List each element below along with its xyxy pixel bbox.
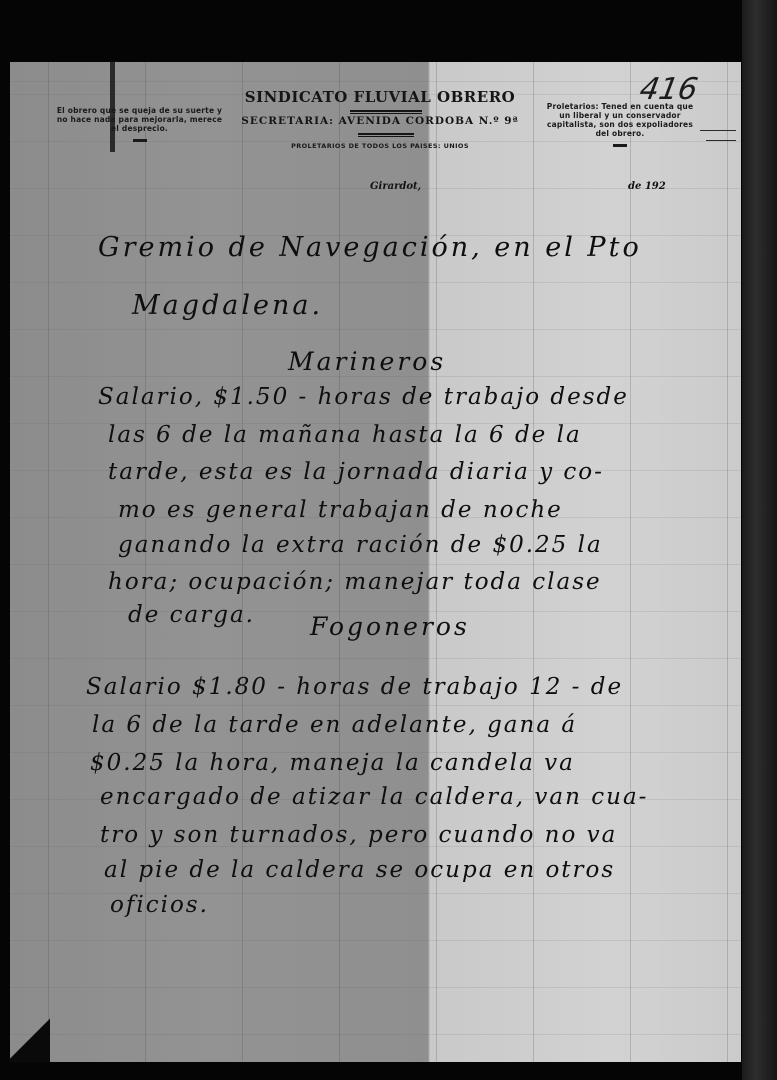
title-rule-thin bbox=[350, 113, 422, 114]
section-heading-fogoneros: Fogoneros bbox=[310, 612, 741, 641]
letterhead-right-note: Proletarios: Tened en cuenta que un libe… bbox=[540, 102, 700, 147]
fogoneros-line: Salario $1.80 - horas de trabajo 12 - de bbox=[86, 674, 741, 700]
address-rule bbox=[358, 133, 414, 135]
address-rule-thin bbox=[358, 136, 414, 137]
divider-dash bbox=[613, 144, 627, 147]
section-heading-marineros: Marineros bbox=[288, 347, 741, 376]
fogoneros-line: tro y son turnados, pero cuando no va bbox=[100, 822, 741, 848]
marineros-line: las 6 de la mañana hasta la 6 de la bbox=[108, 422, 741, 448]
left-note-text: El obrero que se queja de su suerte y no… bbox=[57, 106, 222, 133]
margin-mark bbox=[706, 140, 736, 141]
letterhead-left-note: El obrero que se queja de su suerte y no… bbox=[52, 106, 227, 142]
marineros-line: ganando la extra ración de $0.25 la bbox=[118, 532, 741, 558]
fogoneros-line: oficios. bbox=[110, 892, 741, 918]
organization-motto: PROLETARIOS DE TODOS LOS PAISES: UNIOS bbox=[230, 142, 530, 150]
document-page: El obrero que se queja de su suerte y no… bbox=[10, 62, 741, 1062]
fogoneros-line: al pie de la caldera se ocupa en otros bbox=[104, 857, 741, 883]
title-rule bbox=[350, 110, 422, 112]
fogoneros-line: la 6 de la tarde en adelante, gana á bbox=[92, 712, 741, 738]
marineros-line: Salario, $1.50 - horas de trabajo desde bbox=[98, 384, 741, 410]
organization-name: SINDICATO FLUVIAL OBRERO bbox=[220, 88, 540, 106]
marineros-line: mo es general trabajan de noche bbox=[118, 497, 741, 523]
divider-dash bbox=[133, 139, 147, 142]
scan-frame-edge bbox=[742, 0, 777, 1080]
place-label: Girardot, bbox=[370, 181, 421, 192]
folio-number: 416 bbox=[637, 72, 700, 107]
handwritten-title-line-2: Magdalena. bbox=[132, 290, 741, 321]
right-note-text: Proletarios: Tened en cuenta que un libe… bbox=[547, 102, 693, 138]
fogoneros-line: encargado de atizar la caldera, van cua- bbox=[100, 784, 741, 810]
date-label: de 192 bbox=[628, 181, 666, 192]
margin-mark bbox=[700, 130, 736, 131]
fogoneros-line: $0.25 la hora, maneja la candela va bbox=[90, 750, 741, 776]
organization-address: SECRETARIA: AVENIDA CORDOBA N.º 9ª bbox=[220, 115, 540, 127]
marineros-line: hora; ocupación; manejar toda clase bbox=[108, 569, 741, 595]
marineros-line: tarde, esta es la jornada diaria y co- bbox=[108, 459, 741, 485]
handwritten-title-line-1: Gremio de Navegación, en el Pto bbox=[98, 232, 741, 263]
